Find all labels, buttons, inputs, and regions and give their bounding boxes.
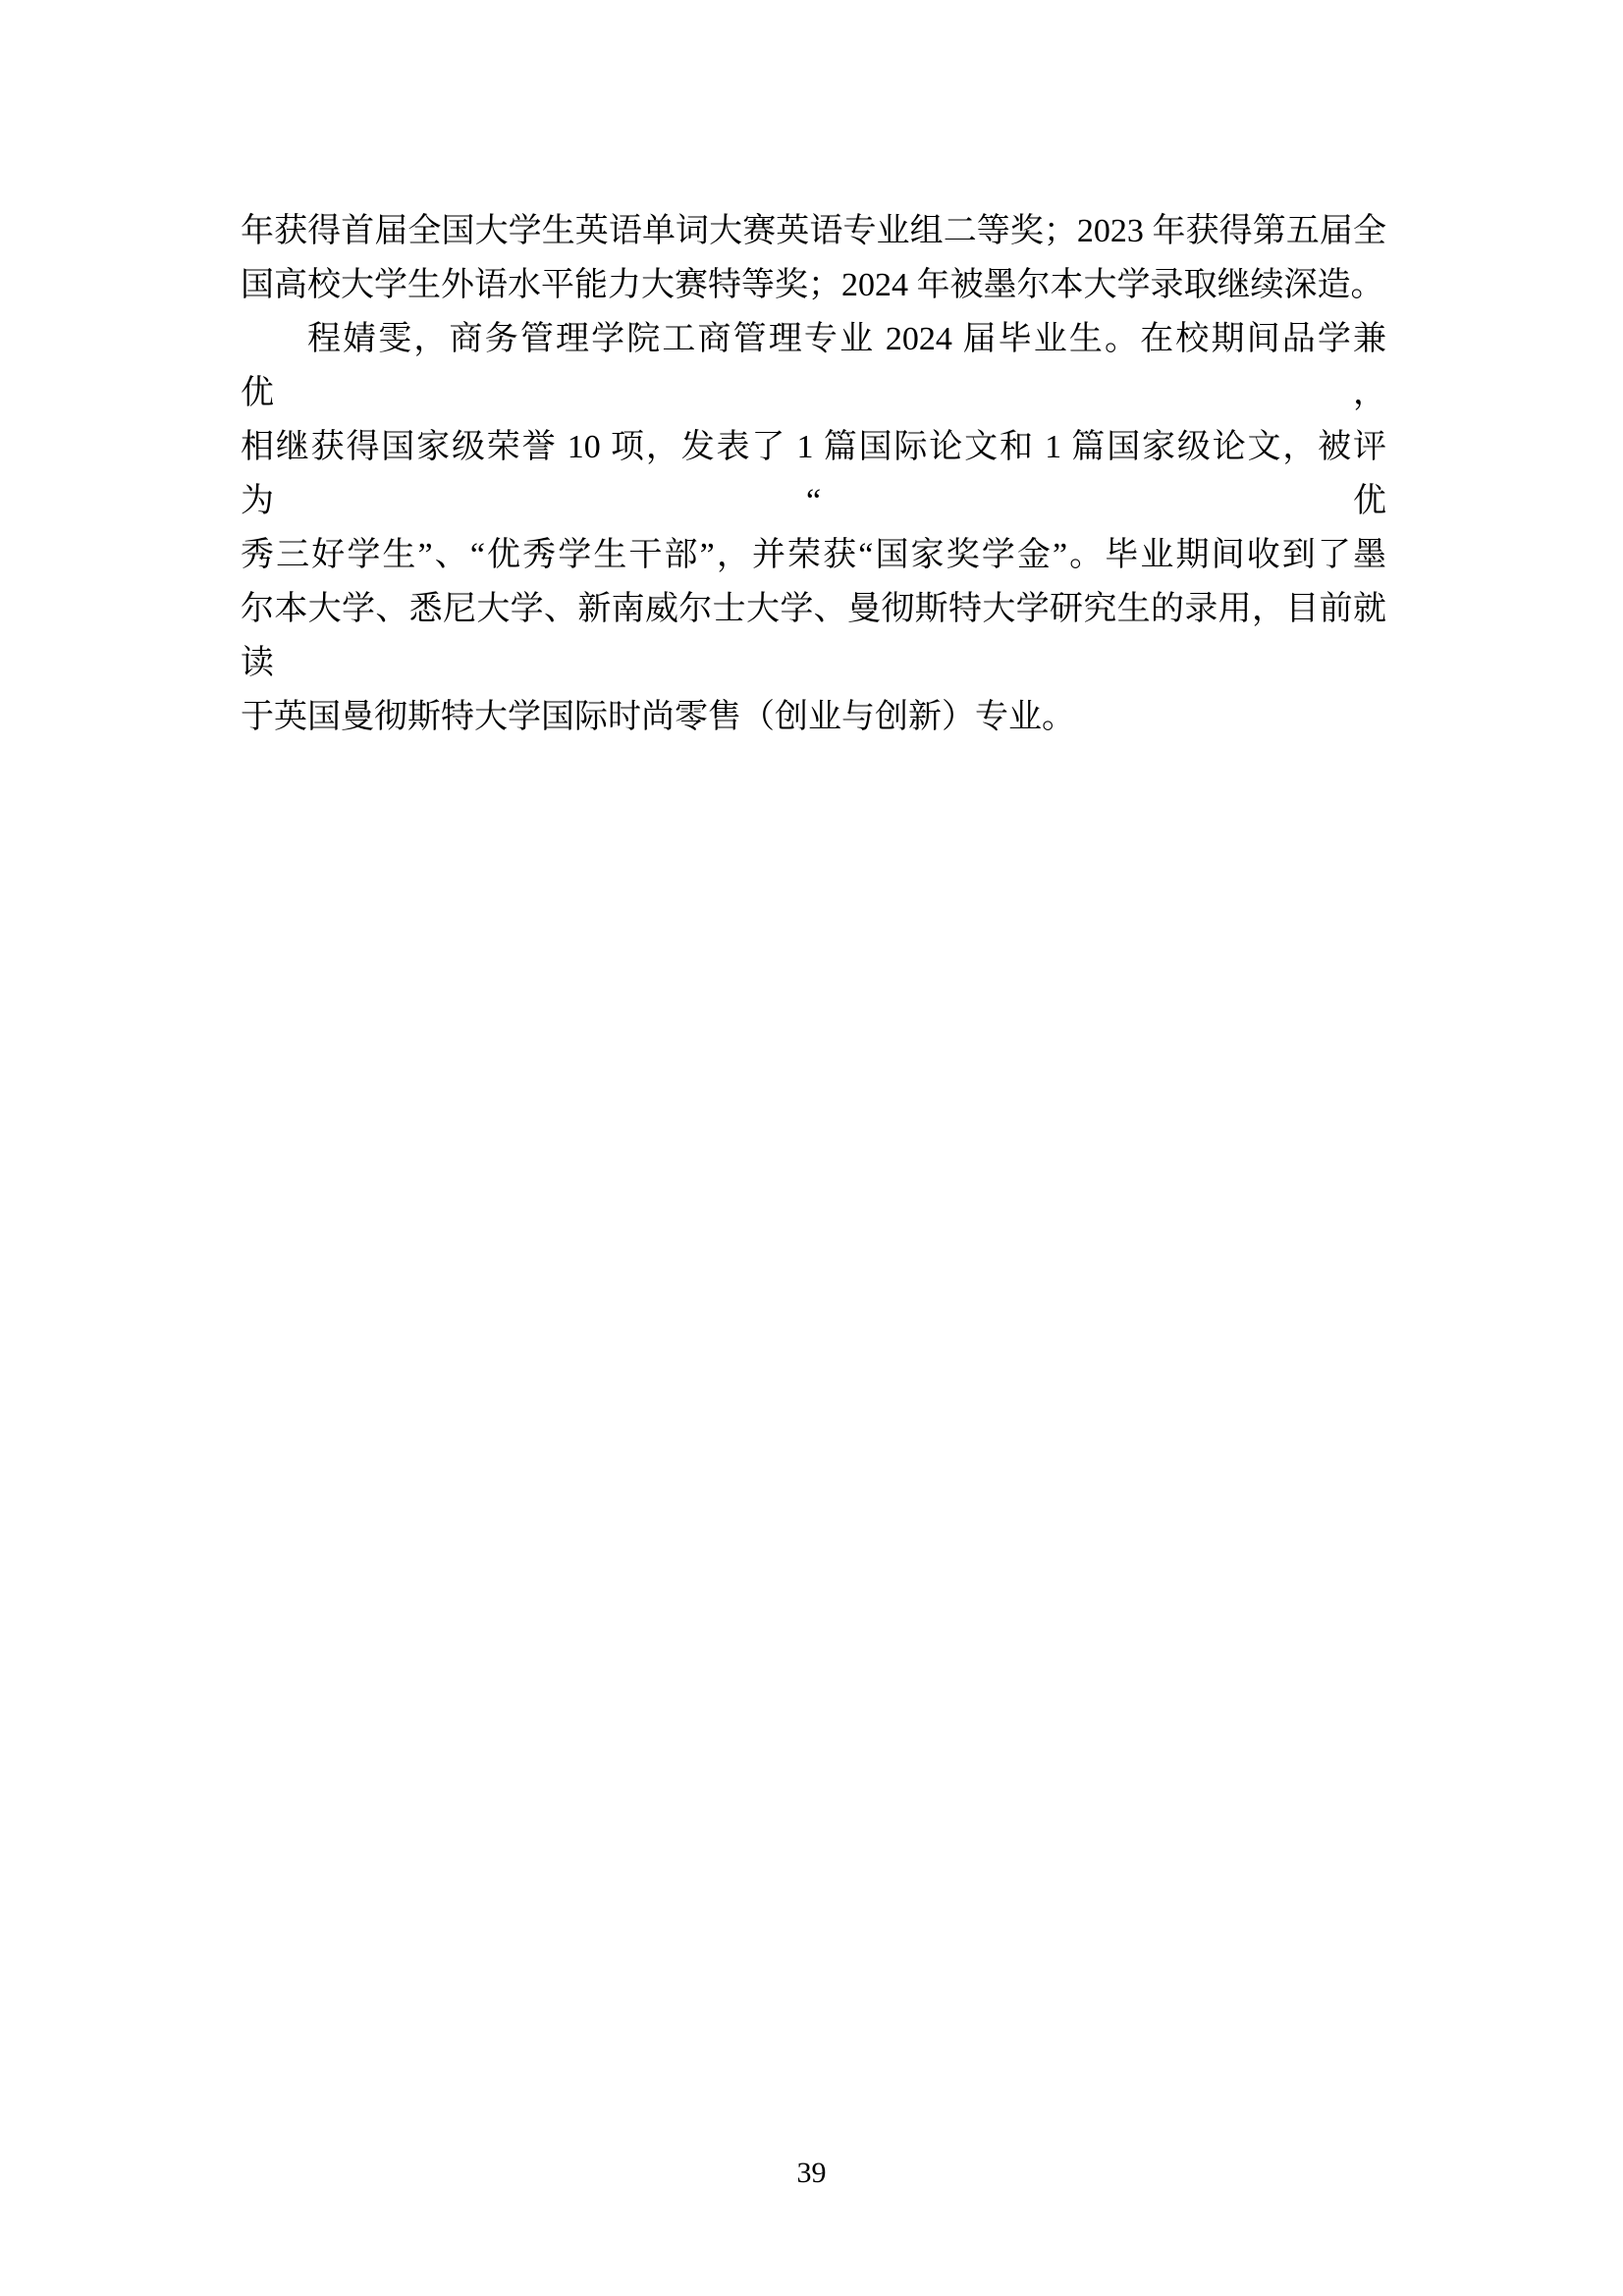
paragraph2-line2: 相继获得国家级荣誉 10 项，发表了 1 篇国际论文和 1 篇国家级论文，被评为… <box>241 420 1386 528</box>
page-number: 39 <box>797 2157 827 2189</box>
paragraph1-line2: 国高校大学生外语水平能力大赛特等奖；2024 年被墨尔本大学录取继续深造。 <box>241 258 1386 312</box>
paragraph2-line4: 尔本大学、悉尼大学、新南威尔士大学、曼彻斯特大学研究生的录用，目前就读 <box>241 582 1386 690</box>
paragraph2-line5: 于英国曼彻斯特大学国际时尚零售（创业与创新）专业。 <box>241 690 1386 744</box>
document-page: 年获得首届全国大学生英语单词大赛英语专业组二等奖；2023 年获得第五届全 国高… <box>0 0 1623 2296</box>
paragraph2-line3: 秀三好学生”、“优秀学生干部”，并荣获“国家奖学金”。毕业期间收到了墨 <box>241 528 1386 582</box>
text-block: 年获得首届全国大学生英语单词大赛英语专业组二等奖；2023 年获得第五届全 国高… <box>241 204 1386 744</box>
page-footer: 39 <box>0 2156 1623 2191</box>
paragraph1-line1: 年获得首届全国大学生英语单词大赛英语专业组二等奖；2023 年获得第五届全 <box>241 204 1386 258</box>
paragraph2-line1: 程婧雯，商务管理学院工商管理专业 2024 届毕业生。在校期间品学兼优， <box>241 312 1386 420</box>
